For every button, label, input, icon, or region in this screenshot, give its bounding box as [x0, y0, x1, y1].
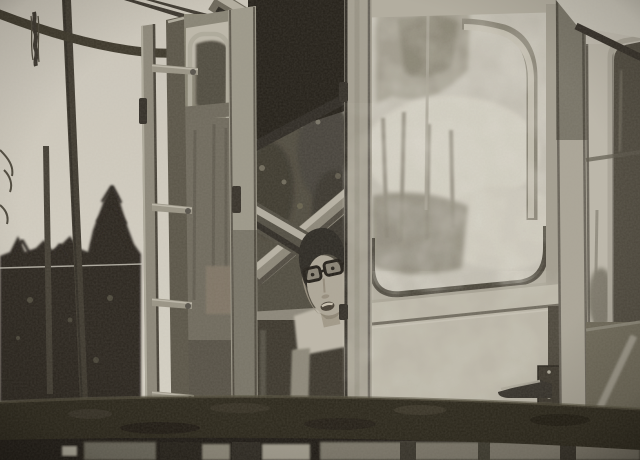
vignette	[0, 0, 640, 460]
photo-canvas: A young man with dark hair and dark-rimm…	[0, 0, 640, 460]
photograph: A young man with dark hair and dark-rimm…	[0, 0, 640, 460]
photo-overlays	[0, 0, 640, 460]
